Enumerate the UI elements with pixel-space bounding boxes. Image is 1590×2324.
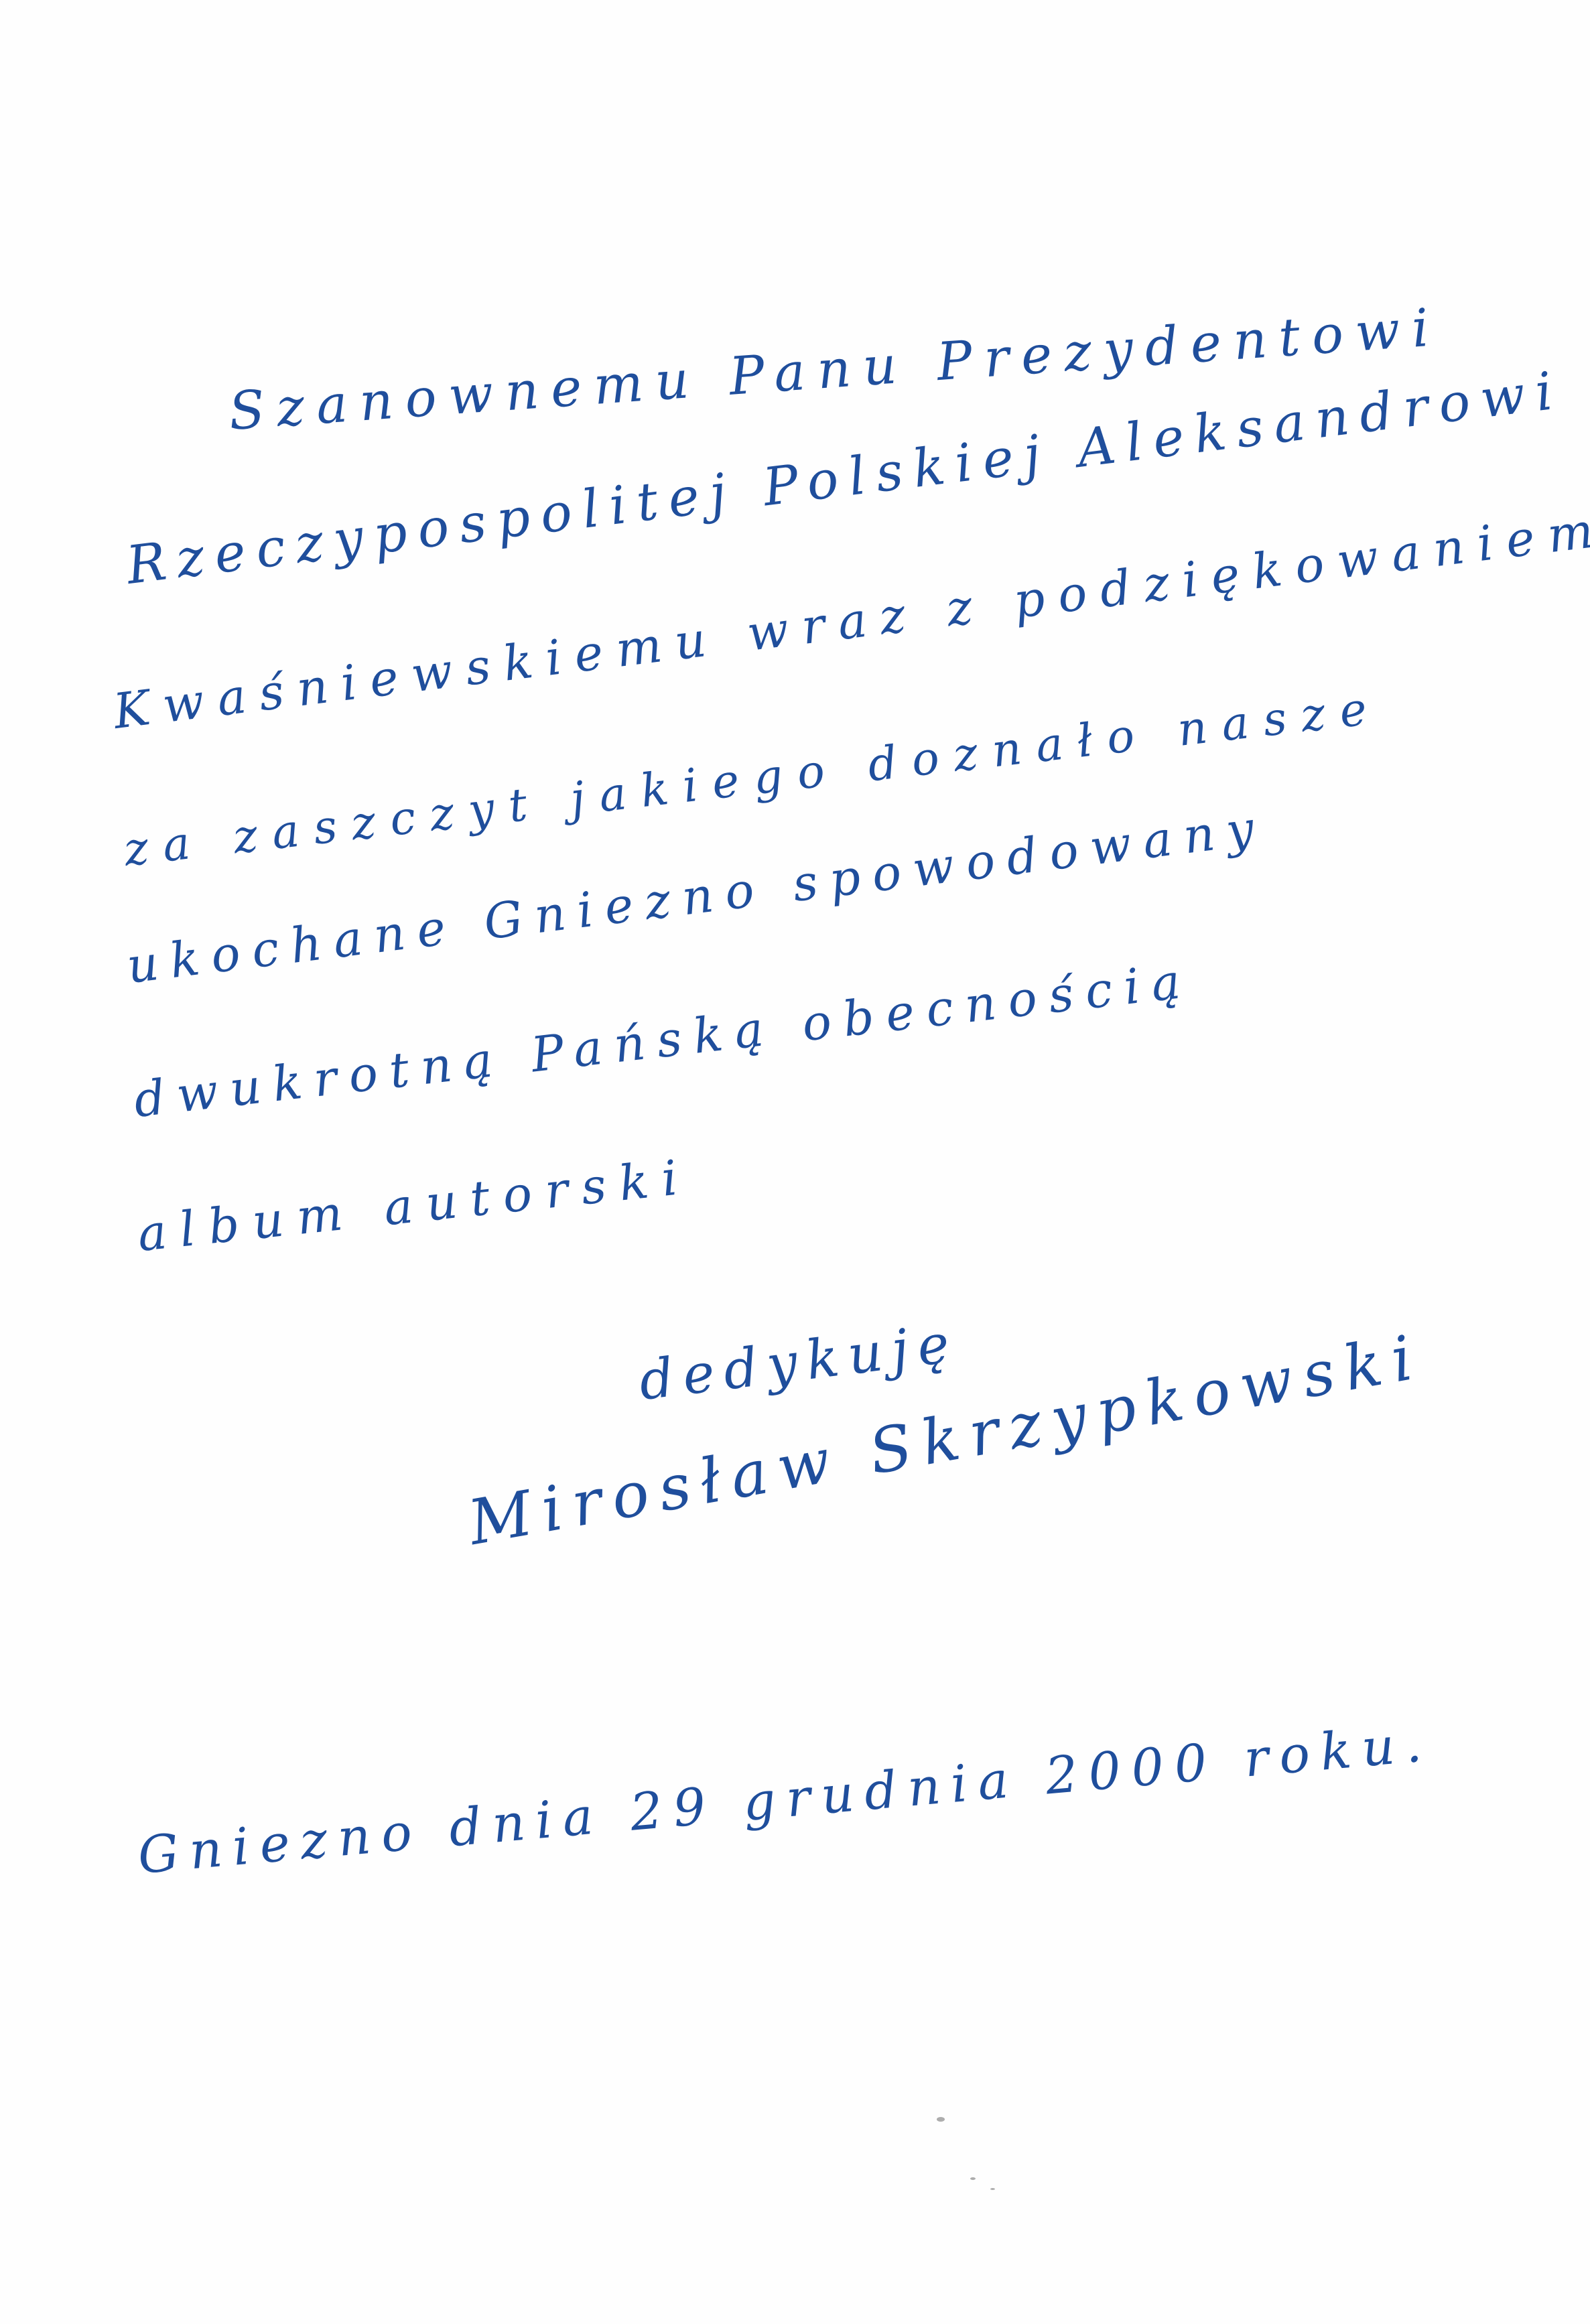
scan-speck (990, 2188, 995, 2190)
dedication-word: dedykuję (636, 1311, 962, 1412)
scan-speck (970, 2177, 976, 2180)
letter-page: Szanownemu Panu Prezydentowi Rzeczypospo… (0, 0, 1590, 2324)
body-line-5: album autorski (135, 1148, 693, 1262)
place-and-date: Gniezno dnia 29 grudnia 2000 roku. (135, 1712, 1435, 1885)
body-line-4: dwukrotną Pańską obecnością (131, 952, 1195, 1128)
scan-speck (937, 2117, 945, 2122)
